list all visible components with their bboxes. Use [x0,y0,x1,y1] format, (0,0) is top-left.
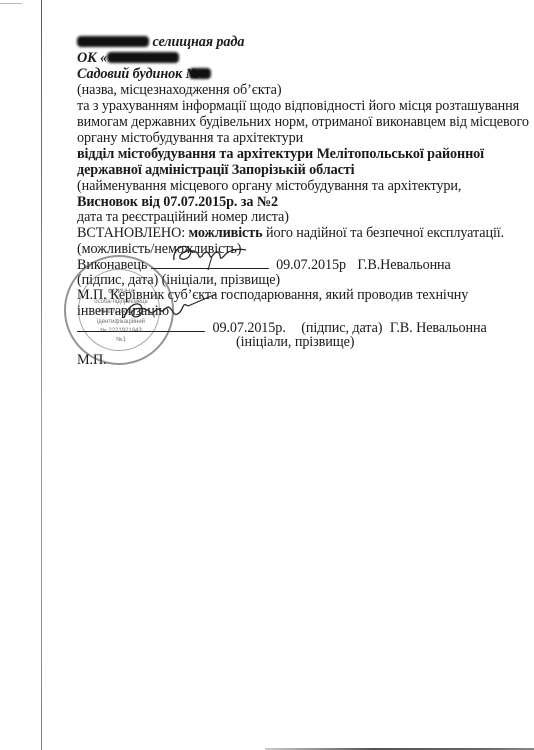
ok-line: ОК « [77,50,179,66]
executor-name: Г.В.Невальонна [357,257,450,273]
house-line: Садовий будинок № [77,66,211,82]
ok-prefix: ОК « [77,50,107,66]
authority-line-2: державної адміністрації Запорізькій обла… [77,162,355,178]
info-line-1: та з урахуванням інформації щодо відпові… [77,98,519,114]
established-rest: його надійної та безпечної експлуатації. [263,225,505,241]
authority-caption: (найменування місцевого органу містобуду… [77,178,461,194]
conclusion-caption: дата та реєстраційний номер листа) [77,209,289,225]
council-name-line: селищная рада [77,34,244,50]
executor-signature-icon [168,238,248,272]
established-line: ВСТАНОВЛЕНО: можливість його надійної та… [77,225,504,241]
redacted-house-number [189,68,211,79]
head-name-caption: (ініціали, прізвище) [236,334,354,350]
info-line-3: органу містобудування та архітектури [77,130,303,146]
redacted-ok-name [107,52,179,63]
object-caption: (назва, місцезнаходження об’єкта) [77,82,281,98]
conclusion-line: Висновок від 07.07.2015р. за №2 [77,194,278,210]
scanned-document-page: селищная рада ОК « Садовий будинок № (на… [0,0,534,750]
executor-date: 09.07.2015р [276,257,346,273]
house-prefix: Садовий будинок № [77,66,199,82]
scan-edge-left [41,0,42,750]
info-line-2: вимогам державних будівельних норм, отри… [77,114,529,130]
authority-line-1: відділ містобудування та архітектури Мел… [77,146,484,162]
stamp-text-6: №1 [66,337,176,343]
head-name: Г.В. Невальонна [390,320,487,336]
head-signature-icon [118,290,218,330]
council-suffix: селищная рада [152,34,244,50]
redacted-council-name [77,36,149,47]
scan-edge-top [0,3,22,4]
